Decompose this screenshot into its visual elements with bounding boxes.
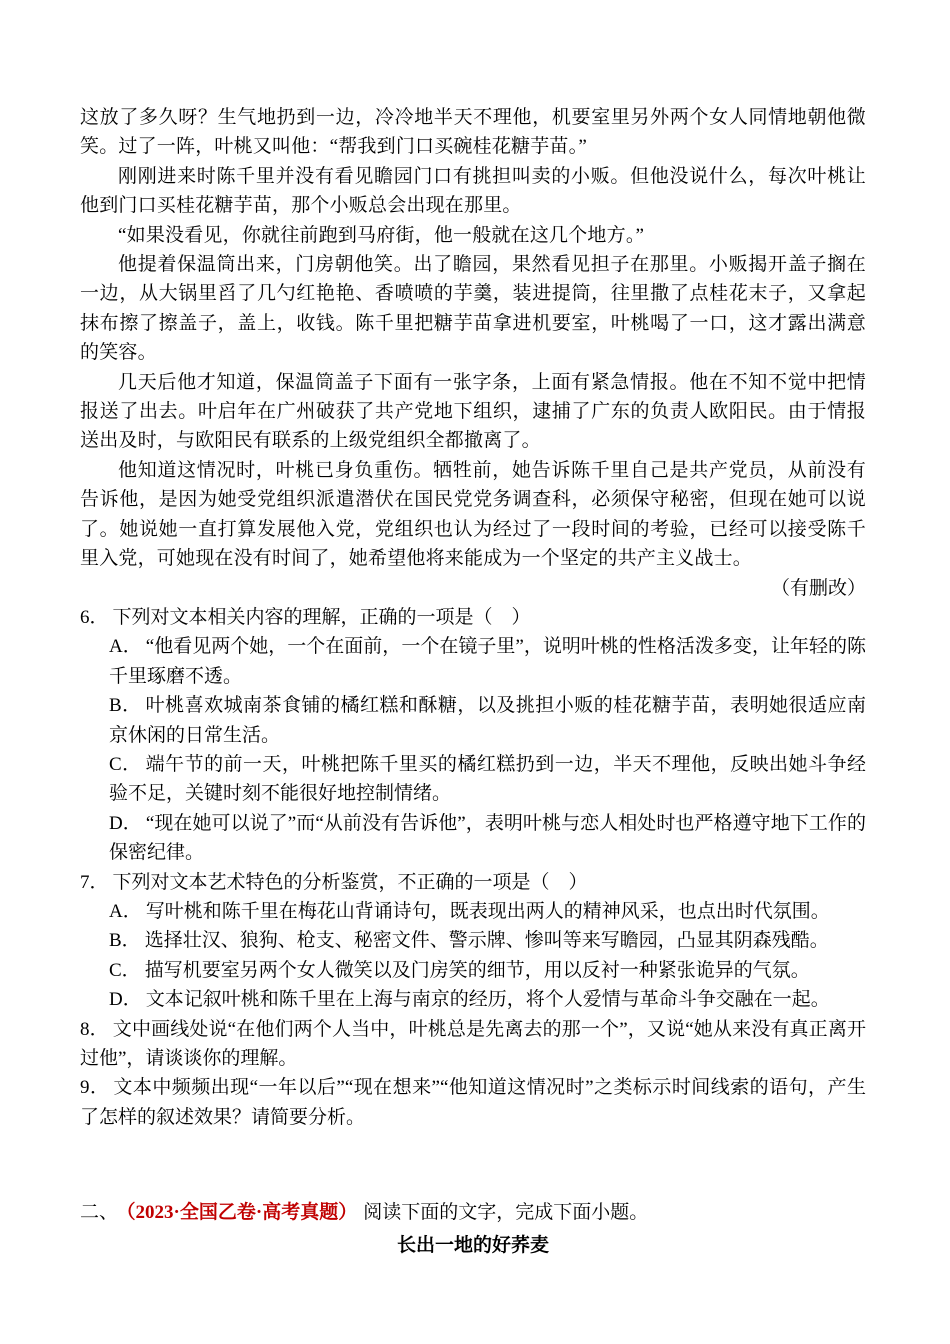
question-7-option-d: D．文本记叙叶桃和陈千里在上海与南京的经历，将个人爱情与革命斗争交融在一起。 <box>109 985 866 1014</box>
question-7-option-b: B．选择壮汉、狼狗、枪支、秘密文件、警示牌、惨叫等来写瞻园，凸显其阴森残酷。 <box>109 926 866 955</box>
story-paragraph-5: 几天后他才知道，保温筒盖子下面有一张字条，上面有紧急情报。他在不知不觉中把情报送… <box>80 368 866 456</box>
option-b-text: 叶桃喜欢城南茶食铺的橘红糕和酥糖，以及挑担小贩的桂花糖芋苗，表明她很适应南京休闲… <box>109 695 866 745</box>
question-9-stem-text: 文本中频频出现“一年以后”“现在想来”“他知道这情况时”之类标示时间线索的语句，… <box>80 1077 866 1127</box>
section-2-instruction: 阅读下面的文字，完成下面小题。 <box>363 1202 648 1223</box>
question-9-number: 9． <box>80 1077 113 1098</box>
option-a-text: “他看见两个她，一个在面前，一个在镜子里”，说明叶桃的性格活泼多变，让年轻的陈千… <box>109 636 866 686</box>
section-2-source-tag: （2023·全国乙卷·高考真题） <box>126 1202 363 1223</box>
question-7: 7．下列对文本艺术特色的分析鉴赏，不正确的一项是（ ） A．写叶桃和陈千里在梅花… <box>80 868 866 1015</box>
option-a-label: A． <box>109 636 146 657</box>
option-c-label: C． <box>109 960 145 981</box>
exam-page: 这放了多久呀？生气地扔到一边，冷冷地半天不理他，机要室里另外两个女人同情地朝他微… <box>80 103 866 1260</box>
question-8: 8．文中画线处说“在他们两个人当中，叶桃总是先离去的那一个”，又说“她从来没有真… <box>80 1015 866 1074</box>
section-2-prefix: 二、 <box>80 1202 126 1223</box>
option-a-text: 写叶桃和陈千里在梅花山背诵诗句，既表现出两人的精神风采，也点出时代氛围。 <box>146 901 830 922</box>
reading-passage-title: 长出一地的好荞麦 <box>80 1231 866 1260</box>
question-7-stem: 7．下列对文本艺术特色的分析鉴赏，不正确的一项是（ ） <box>80 868 866 897</box>
option-b-label: B． <box>109 930 145 951</box>
option-a-label: A． <box>109 901 146 922</box>
option-c-text: 描写机要室另两个女人微笑以及门房笑的细节，用以反衬一种紧张诡异的气氛。 <box>145 960 810 981</box>
question-6-option-a: A．“他看见两个她，一个在面前，一个在镜子里”，说明叶桃的性格活泼多变，让年轻的… <box>109 632 866 691</box>
question-7-stem-text: 下列对文本艺术特色的分析鉴赏，不正确的一项是（ ） <box>113 872 588 893</box>
story-paragraph-4: 他提着保温筒出来，门房朝他笑。出了瞻园，果然看见担子在那里。小贩揭开盖子搁在一边… <box>80 250 866 368</box>
story-attribution: （有删改） <box>80 574 866 603</box>
question-7-option-c: C．描写机要室另两个女人微笑以及门房笑的细节，用以反衬一种紧张诡异的气氛。 <box>109 956 866 985</box>
option-d-text: 文本记叙叶桃和陈千里在上海与南京的经历，将个人爱情与革命斗争交融在一起。 <box>146 989 830 1010</box>
option-c-text: 端午节的前一天，叶桃把陈千里买的橘红糕扔到一边，半天不理他，反映出她斗争经验不足… <box>109 754 866 804</box>
question-9: 9．文本中频频出现“一年以后”“现在想来”“他知道这情况时”之类标示时间线索的语… <box>80 1073 866 1132</box>
story-paragraph-1: 这放了多久呀？生气地扔到一边，冷冷地半天不理他，机要室里另外两个女人同情地朝他微… <box>80 103 866 162</box>
section-2-heading: 二、（2023·全国乙卷·高考真题）阅读下面的文字，完成下面小题。 <box>80 1198 866 1227</box>
question-6-option-c: C．端午节的前一天，叶桃把陈千里买的橘红糕扔到一边，半天不理他，反映出她斗争经验… <box>109 750 866 809</box>
question-6-stem-text: 下列对文本相关内容的理解，正确的一项是（ ） <box>113 607 531 628</box>
question-6-option-b: B．叶桃喜欢城南茶食铺的橘红糕和酥糖，以及挑担小贩的桂花糖芋苗，表明她很适应南京… <box>109 691 866 750</box>
question-8-number: 8． <box>80 1019 113 1040</box>
option-d-text: “现在她可以说了”而“从前没有告诉他”，表明叶桃与恋人相处时也严格遵守地下工作的… <box>109 813 866 863</box>
question-9-stem: 9．文本中频频出现“一年以后”“现在想来”“他知道这情况时”之类标示时间线索的语… <box>80 1073 866 1132</box>
option-d-label: D． <box>109 813 146 834</box>
question-8-stem: 8．文中画线处说“在他们两个人当中，叶桃总是先离去的那一个”，又说“她从来没有真… <box>80 1015 866 1074</box>
option-b-text: 选择壮汉、狼狗、枪支、秘密文件、警示牌、惨叫等来写瞻园，凸显其阴森残酷。 <box>145 930 829 951</box>
question-7-option-a: A．写叶桃和陈千里在梅花山背诵诗句，既表现出两人的精神风采，也点出时代氛围。 <box>109 897 866 926</box>
question-6: 6．下列对文本相关内容的理解，正确的一项是（ ） A．“他看见两个她，一个在面前… <box>80 603 866 868</box>
option-d-label: D． <box>109 989 146 1010</box>
story-paragraph-2: 刚刚进来时陈千里并没有看见瞻园门口有挑担叫卖的小贩。但他没说什么，每次叶桃让他到… <box>80 162 866 221</box>
question-8-stem-text: 文中画线处说“在他们两个人当中，叶桃总是先离去的那一个”，又说“她从来没有真正离… <box>80 1019 866 1069</box>
story-paragraph-3: “如果没看见，你就往前跑到马府街，他一般就在这几个地方。” <box>80 221 866 250</box>
story-paragraph-6: 他知道这情况时，叶桃已身负重伤。牺牲前，她告诉陈千里自己是共产党员，从前没有告诉… <box>80 456 866 574</box>
option-c-label: C． <box>109 754 146 775</box>
question-6-number: 6． <box>80 607 113 628</box>
question-6-option-d: D．“现在她可以说了”而“从前没有告诉他”，表明叶桃与恋人相处时也严格遵守地下工… <box>109 809 866 868</box>
question-7-number: 7． <box>80 872 113 893</box>
question-6-stem: 6．下列对文本相关内容的理解，正确的一项是（ ） <box>80 603 866 632</box>
option-b-label: B． <box>109 695 146 716</box>
